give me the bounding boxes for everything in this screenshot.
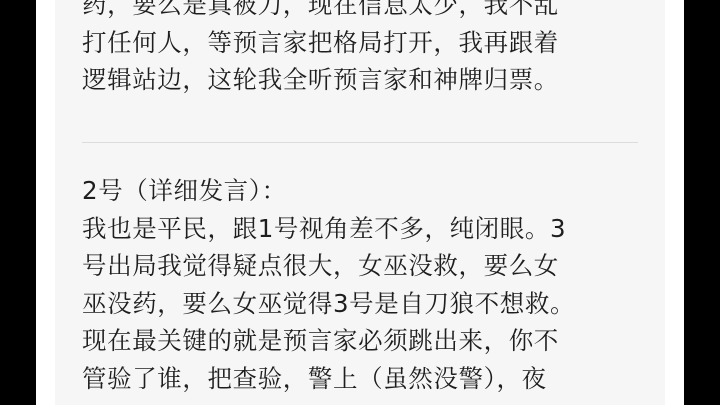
text-line: 管验了谁，把查验，警上（虽然没警），夜 (82, 360, 642, 398)
speech-heading: 2号（详细发言）： (82, 172, 642, 210)
section-divider (82, 142, 638, 143)
screen: 药，要么是真被刀，现在信息太少，我不乱 打任何人，等预言家把格局打开，我再跟着 … (36, 0, 684, 405)
text-line: 现在最关键的就是预言家必须跳出来，你不 (82, 322, 642, 360)
text-line: 逻辑站边，这轮我全听预言家和神牌归票。 (82, 61, 642, 99)
text-line: 药，要么是真被刀，现在信息太少，我不乱 (82, 0, 642, 24)
player-2-speech: 2号（详细发言）： 我也是平民，跟1号视角差不多，纯闭眼。3 号出局我觉得疑点很… (82, 172, 642, 397)
text-line: 号出局我觉得疑点很大，女巫没救，要么女 (82, 247, 642, 285)
text-line: 我也是平民，跟1号视角差不多，纯闭眼。3 (82, 210, 642, 248)
chat-message-card: 药，要么是真被刀，现在信息太少，我不乱 打任何人，等预言家把格局打开，我再跟着 … (55, 0, 665, 405)
text-line: 打任何人，等预言家把格局打开，我再跟着 (82, 24, 642, 62)
text-line: 巫没药，要么女巫觉得3号是自刀狼不想救。 (82, 285, 642, 323)
previous-speech-text: 药，要么是真被刀，现在信息太少，我不乱 打任何人，等预言家把格局打开，我再跟着 … (82, 0, 642, 99)
